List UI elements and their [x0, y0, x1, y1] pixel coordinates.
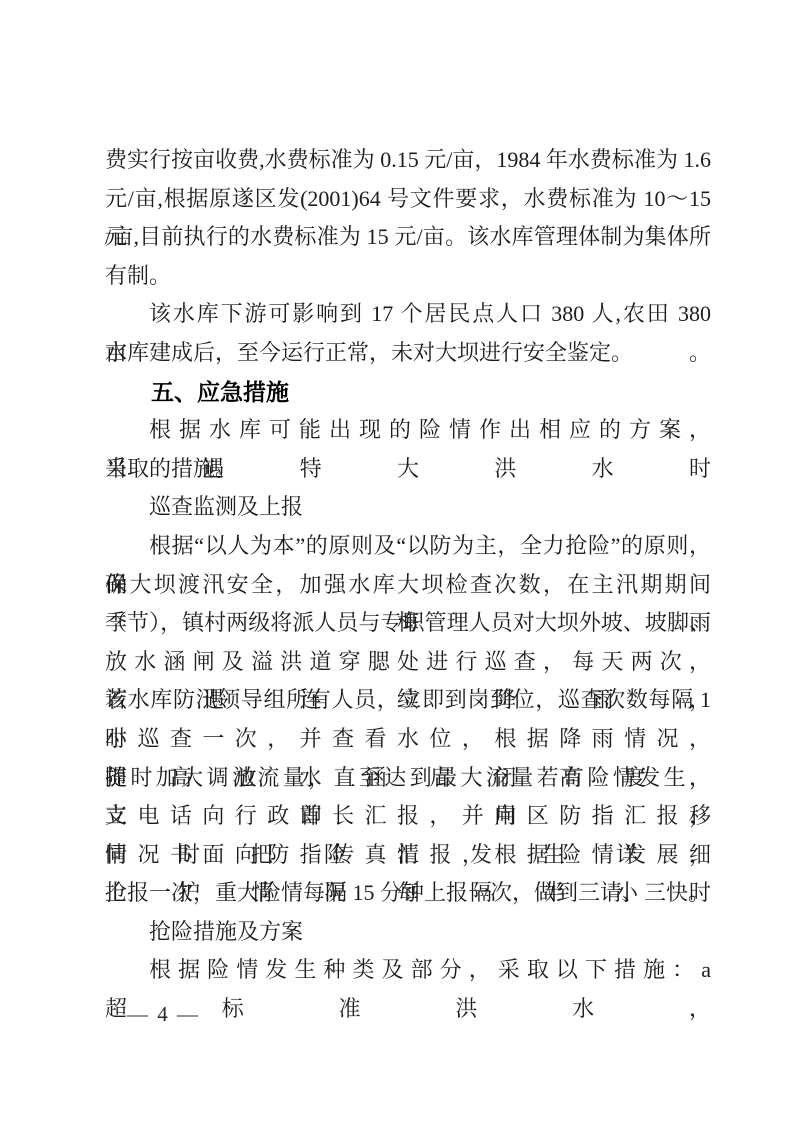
page-number: — 4 — [127, 1001, 200, 1027]
text-line: /亩,目前执行的水费标准为 15 元/亩。该水库管理体制为集体所 [105, 218, 711, 257]
text-line: 水库建成后，至今运行正常，未对大坝进行安全鉴定。 [105, 334, 711, 373]
text-line: 费实行按亩收费,水费标准为 0.15 元/亩，1984 年水费标准为 1.6 [105, 141, 711, 180]
document-page: 费实行按亩收费,水费标准为 0.15 元/亩，1984 年水费标准为 1.6元/… [0, 0, 793, 1122]
text-line: 根据“以人为本”的原则及“以防为主，全力抢险”的原则，确 [105, 527, 711, 566]
text-line: 时巡查一次，并查看水位，根据降雨情况，提高放水涵启闭高度， [105, 720, 711, 759]
text-line: 抢险措施及方案 [105, 913, 711, 952]
text-line: 该水库防汛领导组所有人员，立即到岗到位，巡查次数每隔 1 小 [105, 681, 711, 720]
text-line: 情况书面向防指传真汇报，根据险情发展，抢护情况每隔半小时 [105, 836, 711, 875]
text-line: 放水涵闸及溢洪道穿腮处进行巡查，每天两次，若遇连续降雨， [105, 643, 711, 682]
section-heading: 五、应急措施 [105, 373, 711, 412]
text-line: 根据水库可能出现的险情作出相应的方案，当遇特大洪水时 [105, 411, 711, 450]
text-line: 元/亩,根据原遂区发(2001)64 号文件要求，水费标准为 10～15 元 [105, 180, 711, 219]
text-line: 支电话向行政首长汇报，并向区防指汇报，同时把险情发生详细 [105, 797, 711, 836]
text-line: 有制。 [105, 257, 711, 296]
text-line: 上报一次，重大险情每隔 15 分钟上报一次，做到三请、三快。 [105, 874, 711, 913]
text-line: 随时加大调池流量，直至达到最大流量若有险情发生，立即用移 [105, 759, 711, 798]
document-body: 费实行按亩收费,水费标准为 0.15 元/亩，1984 年水费标准为 1.6元/… [105, 141, 711, 990]
text-line: 该水库下游可影响到 17 个居民点人口 380 人,农田 380 亩。 [105, 295, 711, 334]
text-line: 根据险情发生种类及部分，采取以下措施：a 超标准洪水， [105, 951, 711, 990]
text-line: 季节），镇村两级将派人员与专职管理人员对大坝外坡、坡脚、 [105, 604, 711, 643]
text-line: 巡查监测及上报 [105, 488, 711, 527]
text-line: 保大坝渡汛安全，加强水库大坝检查次数，在主汛期期间（梅雨 [105, 566, 711, 605]
